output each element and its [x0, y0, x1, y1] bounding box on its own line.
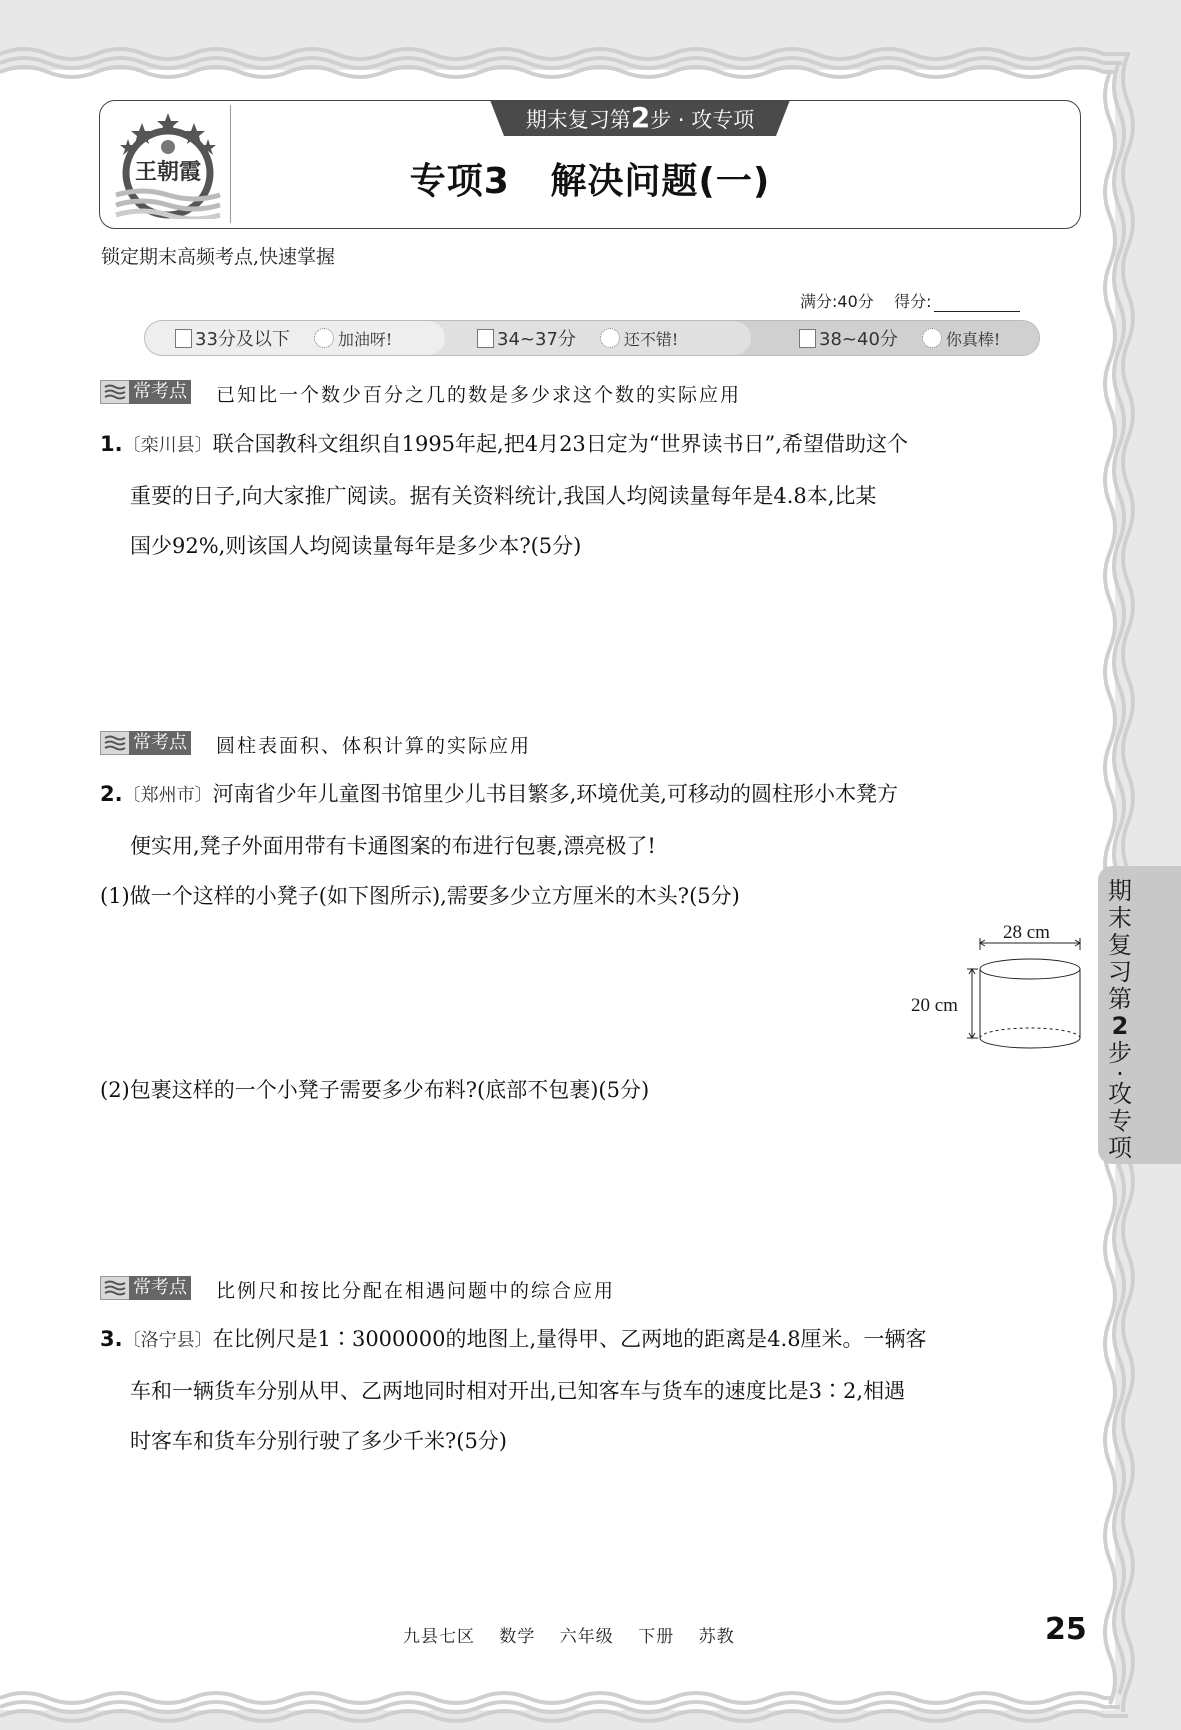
side-tab-char: 2	[1106, 1013, 1134, 1040]
side-tab-char: 第	[1106, 986, 1134, 1013]
rating-segment-high: 38~40分 你真棒!	[727, 321, 1039, 355]
rating-range: 33分及以下	[195, 325, 290, 351]
side-tab-char: ·	[1106, 1067, 1134, 1081]
banner-prefix: 期末复习第	[526, 108, 631, 132]
sub-question-2: (2)包裹这样的一个小凳子需要多少布料?(底部不包裹)(5分)	[100, 1074, 649, 1104]
question-source: 〔栾川县〕	[123, 435, 213, 456]
page-subtitle: 锁定期末高频考点,快速掌握	[101, 242, 335, 269]
question-text-line: 便实用,凳子外面用带有卡通图案的布进行包裹,漂亮极了!	[100, 821, 1085, 871]
score-got-label: 得分:	[894, 292, 931, 311]
question-text-line: 时客车和货车分别行驶了多少千米?(5分)	[100, 1416, 1085, 1466]
side-tab-char: 习	[1106, 959, 1134, 986]
question-number: 1.	[100, 432, 123, 456]
side-tab-char: 攻	[1106, 1081, 1134, 1108]
question-text-line: 河南省少年儿童图书馆里少儿书目繁多,环境优美,可移动的圆柱形小木凳方	[213, 782, 898, 806]
wave-lines-icon	[100, 1276, 129, 1300]
question-1: 1.〔栾川县〕联合国教科文组织自1995年起,把4月23日定为“世界读书日”,希…	[100, 419, 1085, 571]
height-label: 20 cm	[911, 995, 958, 1017]
key-point-label: 常考点	[129, 380, 191, 404]
banner-suffix: 步 · 攻专项	[650, 108, 754, 132]
key-point-label: 常考点	[129, 731, 191, 755]
score-blank-field[interactable]	[934, 295, 1020, 312]
step-banner: 期末复习第2步 · 攻专项	[490, 100, 790, 136]
rating-segment-low: 33分及以下 加油呀!	[145, 321, 445, 355]
side-tab-char: 复	[1106, 932, 1134, 959]
happy-face-icon	[922, 328, 942, 348]
question-text-line: 联合国教科文组织自1995年起,把4月23日定为“世界读书日”,希望借助这个	[213, 432, 908, 456]
wave-lines-icon	[100, 380, 129, 404]
page-title: 专项3 解决问题(一)	[100, 153, 1080, 204]
question-text-line: 车和一辆货车分别从甲、乙两地同时相对开出,已知客车与货车的速度比是3∶2,相遇	[100, 1366, 1085, 1416]
full-score-label: 满分:40分	[800, 292, 874, 311]
question-text-line: 重要的日子,向大家推广阅读。据有关资料统计,我国人均阅读量每年是4.8本,比某	[100, 471, 1085, 521]
page-number: 25	[1045, 1612, 1087, 1647]
banner-step-number: 2	[631, 101, 650, 134]
question-3: 3.〔洛宁县〕在比例尺是1∶3000000的地图上,量得甲、乙两地的距离是4.8…	[100, 1314, 1085, 1466]
side-tab-char: 专	[1106, 1108, 1134, 1135]
rating-segment-mid: 34~37分 还不错!	[421, 321, 751, 355]
question-number: 3.	[100, 1327, 123, 1351]
question-number: 2.	[100, 782, 123, 806]
diameter-label: 28 cm	[1003, 922, 1050, 944]
score-line: 满分:40分 得分:	[800, 289, 1020, 312]
question-source: 〔郑州市〕	[123, 785, 213, 806]
side-tab-char: 期	[1106, 878, 1134, 905]
question-2: 2.〔郑州市〕河南省少年儿童图书馆里少儿书目繁多,环境优美,可移动的圆柱形小木凳…	[100, 769, 1085, 871]
key-point-topic: 已知比一个数少百分之几的数是多少求这个数的实际应用	[216, 380, 741, 407]
rating-message: 还不错!	[624, 327, 678, 350]
rating-range: 34~37分	[497, 325, 576, 351]
wave-lines-icon	[100, 731, 129, 755]
cylinder-figure: 28 cm 20 cm	[900, 930, 1090, 1050]
side-tab-char: 项	[1106, 1135, 1134, 1162]
key-point-tag: 常考点	[100, 731, 191, 755]
rating-checkbox-low[interactable]	[175, 329, 192, 348]
chapter-side-tab[interactable]: 期 末 复 习 第 2 步 · 攻 专 项	[1098, 866, 1181, 1164]
header-box: 王朝霞 期末复习第2步 · 攻专项 专项3 解决问题(一)	[99, 100, 1081, 229]
smile-face-icon	[600, 328, 620, 348]
key-point-topic: 比例尺和按比分配在相遇问题中的综合应用	[216, 1276, 615, 1303]
rating-message: 你真棒!	[946, 327, 1000, 350]
score-rating-bar: 33分及以下 加油呀! 34~37分 还不错! 38~40分 你真棒!	[144, 320, 1040, 356]
key-point-tag: 常考点	[100, 1276, 191, 1300]
footer-book-info: 九县七区 数学 六年级 下册 苏教	[403, 1622, 735, 1647]
key-point-label: 常考点	[129, 1276, 191, 1300]
question-source: 〔洛宁县〕	[123, 1330, 213, 1351]
sub-question-1: (1)做一个这样的小凳子(如下图所示),需要多少立方厘米的木头?(5分)	[100, 880, 740, 910]
side-tab-char: 末	[1106, 905, 1134, 932]
rating-checkbox-high[interactable]	[799, 329, 816, 348]
rating-checkbox-mid[interactable]	[477, 329, 494, 348]
cheer-face-icon	[314, 328, 334, 348]
bottom-wave-border	[0, 1690, 1135, 1726]
rating-range: 38~40分	[819, 325, 898, 351]
rating-message: 加油呀!	[338, 327, 392, 350]
question-text-line: 在比例尺是1∶3000000的地图上,量得甲、乙两地的距离是4.8厘米。一辆客	[213, 1327, 927, 1351]
top-wave-border	[0, 44, 1135, 80]
key-point-topic: 圆柱表面积、体积计算的实际应用	[216, 731, 531, 758]
key-point-tag: 常考点	[100, 380, 191, 404]
question-text-line: 国少92%,则该国人均阅读量每年是多少本?(5分)	[100, 521, 1085, 571]
